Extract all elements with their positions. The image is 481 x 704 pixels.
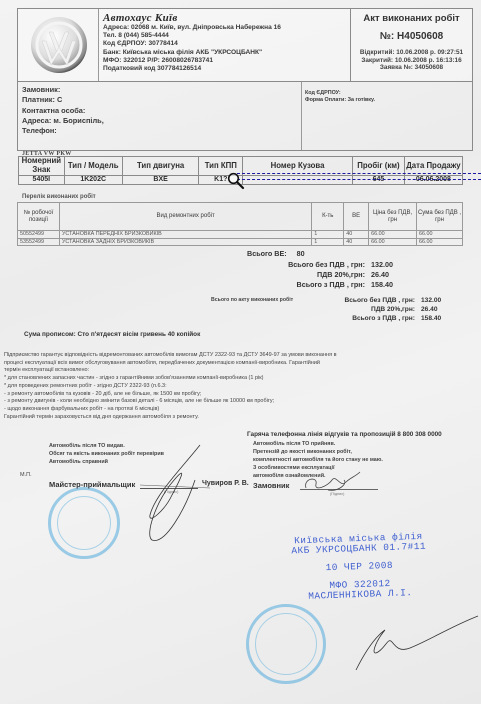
- mileage-value: 645: [353, 176, 405, 185]
- logo-cell: [18, 9, 99, 81]
- bank-stamp-line: АКБ УКРСОЦБАНК 01.7#11: [291, 542, 426, 557]
- total-be-value: 80: [297, 249, 305, 258]
- act-title: Акт виконаних робіт: [351, 13, 472, 24]
- model-value: 1K202C: [64, 176, 122, 185]
- sale-date-value: 06.06.2008: [404, 176, 462, 185]
- warranty-line: Підприємство гарантує відповідність відр…: [4, 352, 472, 360]
- payment-form: Форма Оплати: За готівку.: [305, 97, 375, 104]
- total-with-vat-label: Всього з ПДВ , грн:: [297, 280, 365, 290]
- act-vat-value: 26.40: [421, 306, 438, 313]
- act-with-vat-label: Всього з ПДВ , грн:: [352, 315, 415, 322]
- volkswagen-logo-icon: [31, 17, 87, 73]
- table-row: 53552499 УСТАНОВКА ЗАДНІХ БРИЗКОВИКІВ 1 …: [18, 238, 463, 246]
- divider: [301, 82, 302, 150]
- act-vat-label: ПДВ 20%,грн:: [371, 306, 415, 313]
- act-request: Заявка №: 34050608: [351, 64, 472, 72]
- warranty-line: Гарантійний термін зараховується від дня…: [4, 414, 472, 422]
- contact-person: Контактна особа:: [22, 106, 104, 116]
- position-code: 50552499: [18, 231, 60, 239]
- cashier-signature: [350, 612, 480, 672]
- company-edrpou: Код ЄДРПОУ: 30778414: [103, 40, 350, 48]
- col-be: ВЕ: [344, 203, 369, 231]
- act-opened: Відкритий: 10.06.2008 р. 09:27:51: [351, 49, 472, 57]
- total-no-vat-value: 132.00: [371, 260, 393, 270]
- customer-address: Адреса: м. Бориспіль,: [22, 116, 104, 126]
- total-vat-label: ПДВ 20%,грн:: [317, 270, 365, 280]
- work-description: УСТАНОВКА ЗАДНІХ БРИЗКОВИКІВ: [59, 238, 311, 246]
- company-tax-code: Податковий код 307784126514: [103, 65, 350, 73]
- price: 66.00: [369, 231, 417, 239]
- master-signature: [110, 440, 230, 550]
- price: 66.00: [369, 238, 417, 246]
- payer: Платник: С: [22, 95, 104, 105]
- hotline: Гаряча телефонна лінія відгуків та пропо…: [247, 431, 442, 438]
- position-code: 53552499: [18, 238, 60, 246]
- bank-stamp-date: 10 ЧЕР 2008: [292, 560, 427, 575]
- act-closed: Закритий: 10.06.2008 р. 16:13:16: [351, 57, 472, 65]
- customer-signature-label: Замовник: [253, 481, 289, 490]
- act-no-vat-label: Всього без ПДВ , грн:: [344, 297, 415, 304]
- customer-signature: [298, 468, 368, 498]
- act-with-vat-value: 158.40: [421, 315, 441, 322]
- bank-stamp: Київська міська філія АКБ УКРСОЦБАНК 01.…: [291, 532, 428, 603]
- qty: 1: [312, 231, 344, 239]
- col-engine: Тип двигуна: [122, 157, 199, 176]
- col-model: Тип / Модель: [64, 157, 122, 176]
- customer-line: комплектності автомобіля та його стану н…: [253, 457, 383, 465]
- plate-value: 5405I: [19, 176, 65, 185]
- warranty-line: - щодо виконання фарбувальних робіт - на…: [4, 406, 472, 414]
- customer-label: Замовник:: [22, 85, 104, 95]
- table-row: 50552499 УСТАНОВКА ПЕРЕДНІХ БРИЗКОВИКІВ …: [18, 231, 463, 239]
- warranty-line: термін експлуатації встановлено:: [4, 367, 472, 375]
- customer-phone: Телефон:: [22, 126, 104, 136]
- warranty-line: * для становлених запасних частин - згід…: [4, 375, 472, 383]
- works-caption: Перелік виконаних робіт: [22, 194, 96, 200]
- works-header-row: № робочої позиції Вид ремонтних робіт К-…: [18, 203, 463, 231]
- company-phone: Тел. 8 (044) 585-4444: [103, 32, 350, 40]
- be: 40: [344, 231, 369, 239]
- magnifier-cursor-icon: [227, 172, 245, 195]
- sum: 66.00: [417, 238, 463, 246]
- vin-value: [243, 176, 353, 185]
- act-meta: Відкритий: 10.06.2008 р. 09:27:51 Закрит…: [351, 49, 472, 72]
- amount-in-words: Сума прописом: Сто п'ятдесят вісім гриве…: [24, 331, 200, 338]
- company-bank: Банк: Київська міська філія АКБ "УКРСОЦБ…: [103, 49, 350, 57]
- warranty-line: - з ремонту автомобілів та кузовів - 20 …: [4, 391, 472, 399]
- bank-stamp-cashier: МАСЛЕННІКОВА Л.І.: [293, 588, 428, 603]
- total-be: Всього ВЕ:80: [247, 249, 305, 258]
- company-address: Адреса: 02068 м. Київ, вул. Дніпровська …: [103, 24, 350, 32]
- dashed-guide-line: [237, 173, 481, 174]
- company-name: Автохаус Київ: [103, 12, 350, 24]
- warranty-line: * для проведених ремонтних робіт - згідн…: [4, 383, 472, 391]
- customer-details: Замовник: Платник: С Контактна особа: Ад…: [22, 85, 104, 136]
- warranty-line: процесі експлуатації всіх вимог обслугов…: [4, 360, 472, 368]
- col-qty: К-ть: [312, 203, 344, 231]
- total-vat-value: 26.40: [371, 270, 389, 280]
- col-work-type: Вид ремонтних робіт: [59, 203, 311, 231]
- act-number: №: Н4050608: [351, 31, 472, 42]
- stamp-place-label: М.П.: [20, 472, 32, 478]
- dashed-guide-line: [237, 179, 481, 180]
- company-mfo: МФО: 322012 Р/Р: 26008026783741: [103, 57, 350, 65]
- work-description: УСТАНОВКА ПЕРЕДНІХ БРИЗКОВИКІВ: [59, 231, 311, 239]
- total-with-vat-value: 158.40: [371, 280, 393, 290]
- total-be-label: Всього ВЕ:: [247, 249, 287, 258]
- payment-details: Код ЄДРПОУ: Форма Оплати: За готівку.: [305, 90, 375, 104]
- customer-line: Претензій до якості виконаних робіт,: [253, 449, 383, 457]
- qty: 1: [312, 238, 344, 246]
- works-table: № робочої позиції Вид ремонтних робіт К-…: [17, 202, 463, 246]
- customer-line: Автомобіль після ТО прийняв.: [253, 441, 383, 449]
- total-no-vat-label: Всього без ПДВ , грн:: [288, 260, 365, 270]
- col-sum: Сума без ПДВ , грн: [417, 203, 463, 231]
- col-position: № робочої позиції: [18, 203, 60, 231]
- bank-round-stamp: [246, 604, 326, 684]
- col-price: Ціна без ПДВ, грн: [369, 203, 417, 231]
- be: 40: [344, 238, 369, 246]
- engine-value: BXE: [122, 176, 199, 185]
- act-no-vat-value: 132.00: [421, 297, 441, 304]
- customer-box: Замовник: Платник: С Контактна особа: Ад…: [17, 82, 473, 151]
- customer-edrpou: Код ЄДРПОУ:: [305, 90, 375, 97]
- sum: 66.00: [417, 231, 463, 239]
- act-info: Акт виконаних робіт №: Н4050608 Відкрити…: [351, 9, 472, 81]
- document-header: Автохаус Київ Адреса: 02068 м. Київ, вул…: [17, 8, 473, 82]
- company-info: Автохаус Київ Адреса: 02068 м. Київ, вул…: [99, 9, 351, 81]
- warranty-line: - з ремонту двигунів - коли необхідно зм…: [4, 398, 472, 406]
- col-plate: Номерний Знак: [19, 157, 65, 176]
- warranty-text: Підприємство гарантує відповідність відр…: [4, 352, 472, 421]
- act-total-label: Всього по акту виконаних робіт: [211, 297, 293, 303]
